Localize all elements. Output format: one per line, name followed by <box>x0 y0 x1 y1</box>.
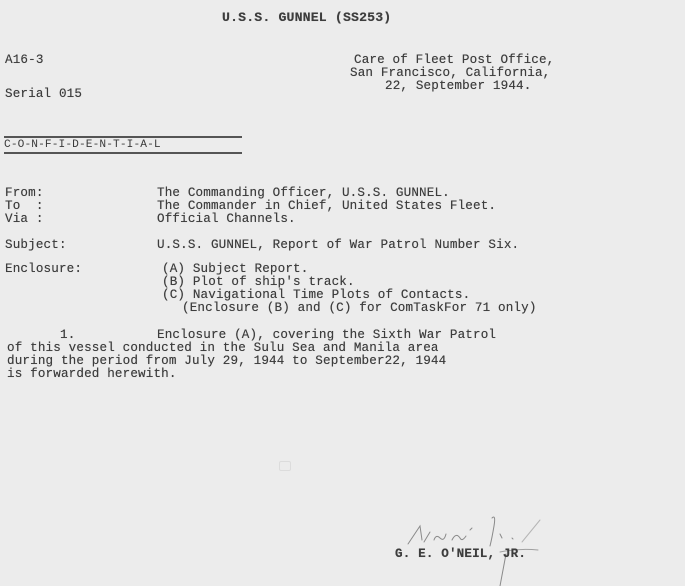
via-label: Via : <box>5 213 44 226</box>
enclosure-note: (Enclosure (B) and (C) for ComTaskFor 71… <box>182 302 537 315</box>
ship-title: U.S.S. GUNNEL (SS253) <box>222 11 391 24</box>
via-value: Official Channels. <box>157 213 296 226</box>
paper-blemish <box>279 461 291 471</box>
serial-number: Serial 015 <box>5 88 82 101</box>
classification-banner: C-O-N-F-I-D-E-N-T-I-A-L <box>4 136 242 154</box>
typed-signature: G. E. O'NEIL, JR. <box>395 548 526 561</box>
document-date: 22, September 1944. <box>385 80 531 93</box>
subject-value: U.S.S. GUNNEL, Report of War Patrol Numb… <box>157 239 519 252</box>
document-page: U.S.S. GUNNEL (SS253) A16-3 Serial 015 C… <box>0 0 685 586</box>
paragraph-line-4: is forwarded herewith. <box>7 368 177 381</box>
enclosure-label: Enclosure: <box>5 263 82 276</box>
subject-label: Subject: <box>5 239 67 252</box>
file-reference: A16-3 <box>5 54 44 67</box>
